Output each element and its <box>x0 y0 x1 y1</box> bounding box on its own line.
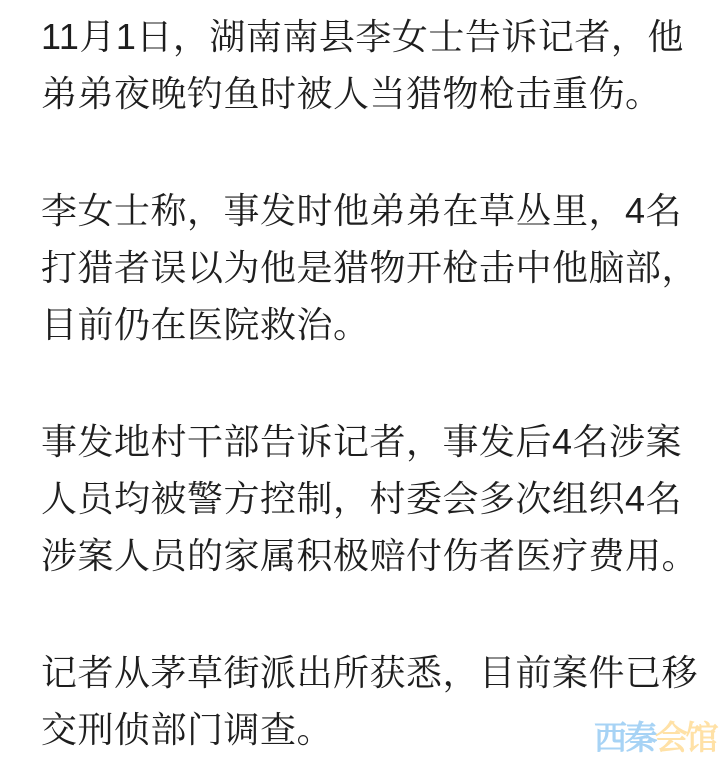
text-line: 交刑侦部门调查。 <box>41 701 694 758</box>
text-line: 李女士称，事发时他弟弟在草丛里，4名 <box>41 182 694 239</box>
text-line: 涉案人员的家属积极赔付伤者医疗费用。 <box>41 527 694 584</box>
paragraph-3: 事发地村干部告诉记者，事发后4名涉案 人员均被警方控制，村委会多次组织4名 涉案… <box>41 413 694 584</box>
text-line: 记者从茅草街派出所获悉，目前案件已移 <box>41 644 694 701</box>
article-page: 11月1日，湖南南县李女士告诉记者，他 弟弟夜晚钓鱼时被人当猎物枪击重伤。 李女… <box>0 0 720 760</box>
paragraph-1: 11月1日，湖南南县李女士告诉记者，他 弟弟夜晚钓鱼时被人当猎物枪击重伤。 <box>41 8 694 122</box>
article-body: 11月1日，湖南南县李女士告诉记者，他 弟弟夜晚钓鱼时被人当猎物枪击重伤。 李女… <box>0 0 720 758</box>
paragraph-4: 记者从茅草街派出所获悉，目前案件已移 交刑侦部门调查。 <box>41 644 694 758</box>
paragraph-2: 李女士称，事发时他弟弟在草丛里，4名 打猎者误以为他是猎物开枪击中他脑部， 目前… <box>41 182 694 353</box>
text-line: 人员均被警方控制，村委会多次组织4名 <box>41 470 694 527</box>
text-line: 打猎者误以为他是猎物开枪击中他脑部， <box>41 239 694 296</box>
text-line: 11月1日，湖南南县李女士告诉记者，他 <box>41 8 694 65</box>
text-line: 目前仍在医院救治。 <box>41 296 694 353</box>
text-line: 弟弟夜晚钓鱼时被人当猎物枪击重伤。 <box>41 65 694 122</box>
text-line: 事发地村干部告诉记者，事发后4名涉案 <box>41 413 694 470</box>
